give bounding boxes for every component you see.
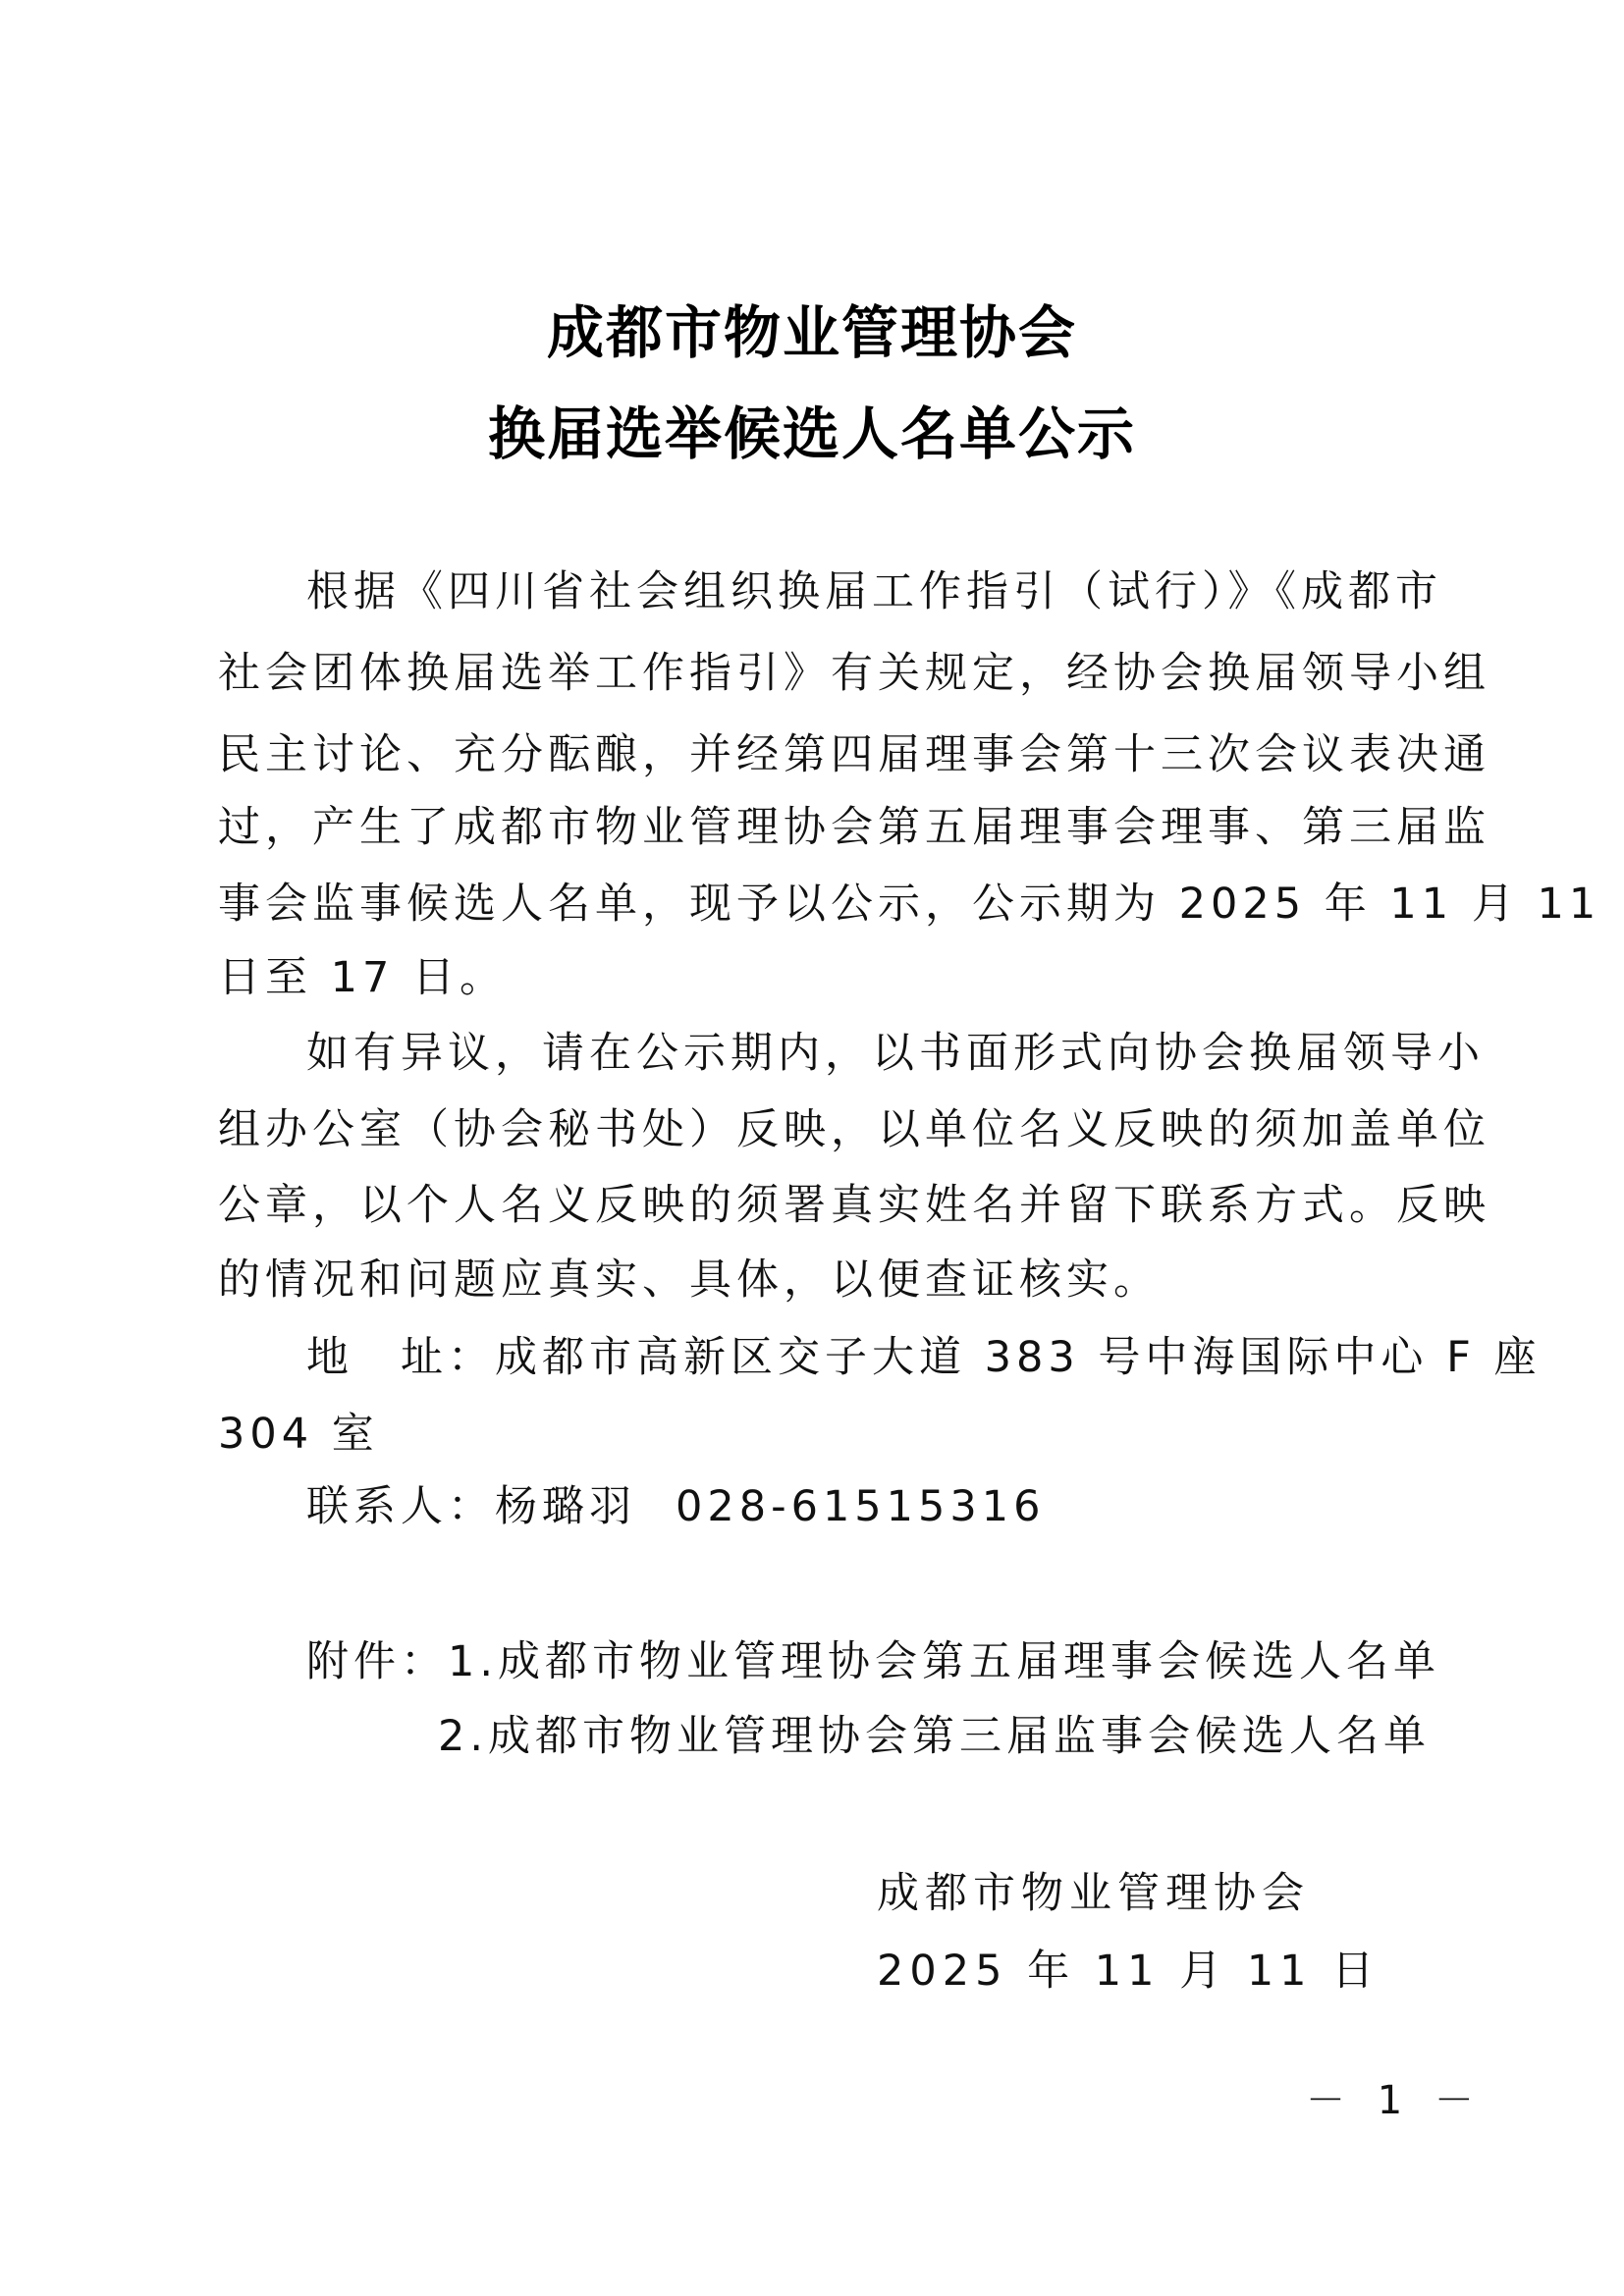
contact-name: 杨璐羽 [495, 1482, 636, 1531]
paragraph-line: 如有异议，请在公示期内，以书面形式向协会换届领导小 [306, 1033, 1411, 1075]
signature-date: 2025 年 11 月 11 日 [877, 1950, 1380, 1993]
paragraph-line: 的情况和问题应真实、具体，以便查证核实。 [218, 1259, 1411, 1302]
address-line: 地 址：成都市高新区交子大道 383 号中海国际中心 F 座 [306, 1337, 1411, 1379]
paragraph-line: 根据《四川省社会组织换届工作指引（试行）》《成都市 [306, 571, 1411, 614]
document-title-line-1: 成都市物业管理协会 [0, 287, 1624, 369]
address-line-2: 304 室 [218, 1414, 1411, 1456]
address-label: 地 址： [306, 1333, 495, 1382]
paragraph-line: 日至 17 日。 [218, 957, 1411, 999]
attachment-line-1: 附件：1.成都市物业管理协会第五届理事会候选人名单 [306, 1641, 1499, 1683]
contact-label: 联系人： [306, 1482, 495, 1531]
paragraph-line: 社会团体换届选举工作指引》有关规定，经协会换届领导小组 [218, 653, 1411, 695]
attachments-label: 附件： [306, 1637, 448, 1686]
address-value: 成都市高新区交子大道 383 号中海国际中心 F 座 [495, 1333, 1541, 1382]
attachment-item: 2.成都市物业管理协会第三届监事会候选人名单 [438, 1716, 1624, 1758]
paragraph-line: 组办公室（协会秘书处）反映，以单位名义反映的须加盖单位 [218, 1109, 1411, 1151]
contact-line: 联系人：杨璐羽028-61515316 [306, 1486, 1499, 1528]
paragraph-line: 公章，以个人名义反映的须署真实姓名并留下联系方式。反映 [218, 1185, 1411, 1227]
document-title-line-2: 换届选举候选人名单公示 [0, 388, 1624, 470]
page-number: － 1 － [1306, 2069, 1484, 2125]
signature-organization: 成都市物业管理协会 [877, 1873, 1310, 1915]
paragraph-line: 过，产生了成都市物业管理协会第五届理事会理事、第三届监 [218, 807, 1411, 849]
paragraph-line: 民主讨论、充分酝酿，并经第四届理事会第十三次会议表决通 [218, 734, 1411, 776]
attachment-item: 1.成都市物业管理协会第五届理事会候选人名单 [448, 1637, 1440, 1686]
paragraph-line: 事会监事候选人名单，现予以公示，公示期为 2025 年 11 月 11 [218, 883, 1411, 926]
contact-phone: 028-61515316 [676, 1482, 1045, 1531]
